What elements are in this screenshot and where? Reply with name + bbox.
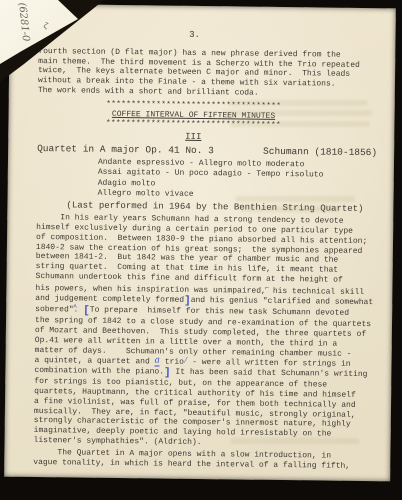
typed-text: sobered". — [35, 305, 83, 315]
scanned-programme-photo: { "colors":{ "background":"#0d0a07", "pa… — [0, 0, 402, 500]
page-number: 3. — [38, 28, 350, 42]
typed-text: To prepare himself for this new task Sch… — [90, 306, 349, 318]
typed-text: It has been said that Schumann's writing — [171, 367, 368, 378]
typed-text: his technical skill — [268, 287, 364, 297]
bleed-through — [230, 121, 370, 127]
blue-deletion-slash-icon: ∕ — [183, 356, 189, 366]
bleed-through — [228, 100, 368, 106]
paragraph-finale-description: fourth section (D flat major) has a new … — [38, 47, 379, 100]
bleed-through — [240, 206, 340, 212]
section-numeral: III — [37, 130, 349, 144]
typed-text: and judgement completely formed — [35, 294, 184, 305]
paragraph-quartet-opening: The Quartet in A major opens with a slow… — [33, 448, 373, 472]
composer-dates: Schumann (1810-1856) — [263, 146, 377, 158]
paragraph-schumann-history: In his early years Schumann had a strong… — [34, 213, 377, 450]
blue-inserted-letter: a — [155, 355, 161, 366]
bleed-through — [235, 196, 355, 202]
typed-text: combination with the piano. — [34, 366, 164, 377]
work-title: Quartet in A major Op. 41 No. 3 — [37, 143, 214, 156]
programme-page: 3. fourth section (D flat major) has a n… — [4, 4, 396, 482]
typed-text: trio — [160, 357, 184, 366]
typed-text: a quintet, a quartet and — [34, 356, 154, 366]
typed-text: and his genius "clarified and somewhat — [191, 296, 374, 307]
typed-text-block: 3. fourth section (D flat major) has a n… — [33, 4, 384, 481]
bleed-through — [230, 438, 360, 444]
last-performed-note: (Last performed in 1964 by the Benthien … — [66, 200, 402, 214]
bleed-through — [222, 110, 372, 116]
work-header: Quartet in A major Op. 41 No. 3 Schumann… — [37, 143, 379, 158]
